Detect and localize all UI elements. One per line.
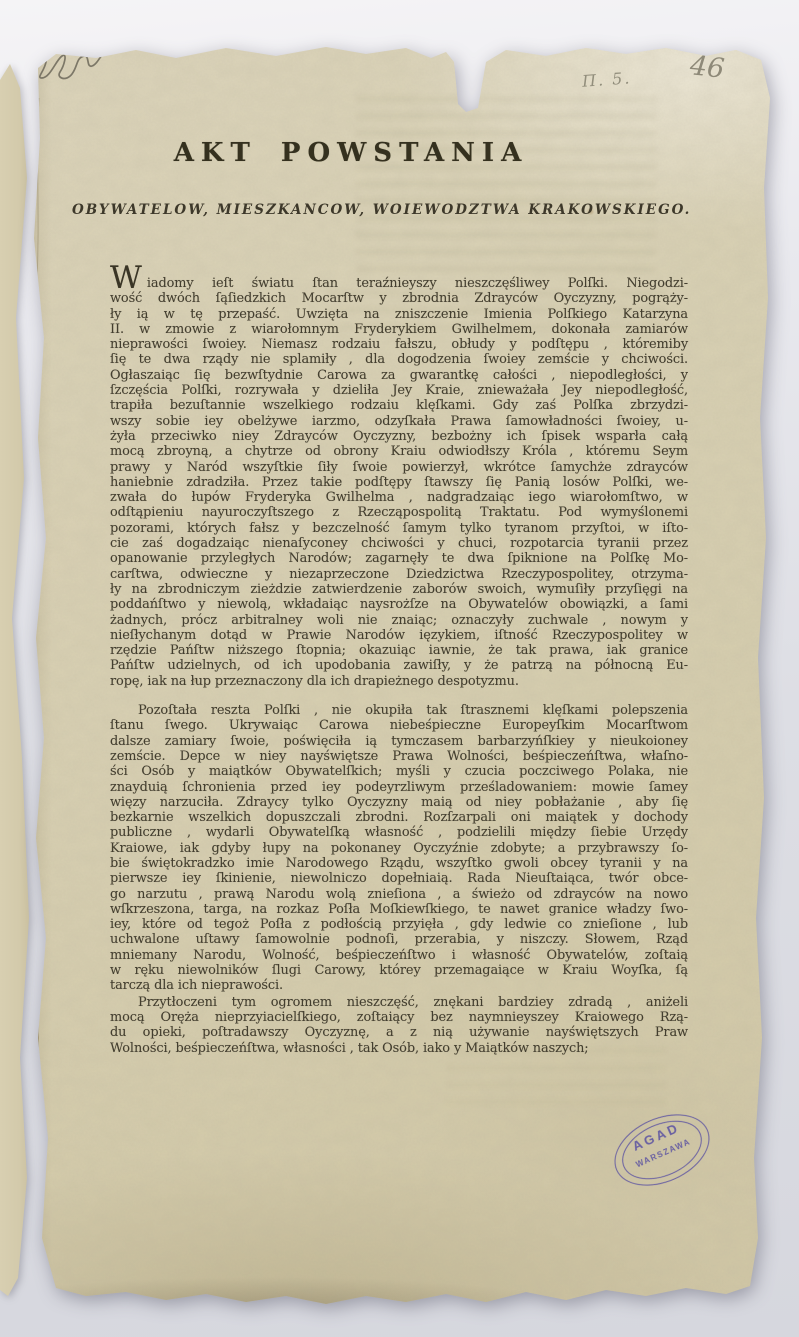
text-line: du opieki, poſtradawszy Oyczyznę, a z ni… xyxy=(110,1025,688,1040)
signature-scribble-icon xyxy=(26,38,126,86)
text-line: go narzutu , prawą Narodu wolą znieſiona… xyxy=(110,887,688,902)
document-page: П. 5. 46 AKT POWSTANIA OBYWATELOW, MIESZ… xyxy=(26,38,778,1310)
text-line: Wolności, beśpieczeńſtwa, własności , ta… xyxy=(110,1041,688,1056)
text-line: Ogłaszaiąc ſię bezwſtydnie Carowa za gwa… xyxy=(110,368,688,383)
text-line: więzy narzuciła. Zdraycy tylko Oyczyzny … xyxy=(110,795,688,810)
soiled-bottom-edge xyxy=(26,1256,778,1310)
text-line: ropę, iak na łup przeznaczony dla ich dr… xyxy=(110,674,688,689)
text-line: mocą Oręża nieprzyiacielſkiego, zoſtaiąc… xyxy=(110,1010,688,1025)
text-line: haniebnie zdradziła. Przez takie podſtęp… xyxy=(110,475,688,490)
text-line: nieprawości ſwoiey. Niemasz rodzaiu fałs… xyxy=(110,337,688,352)
frayed-fibers-top-icon xyxy=(28,78,42,338)
text-line: II. w zmowie z wiarołomnym Fryderykiem G… xyxy=(110,322,688,337)
text-line: ſzczęścia Polſki, rozrywała y dzieliła J… xyxy=(110,383,688,398)
text-line: tarczą dla ich nieprawości. xyxy=(110,978,688,993)
text-line: mniemany Narodu, Wolność, beśpieczeńſtwo… xyxy=(110,948,688,963)
text-line: Kraiowe, iak gdyby łupy na pokonaney Oyc… xyxy=(110,841,688,856)
text-line: uchwalone uſtawy ſamowolnie podnoſi, prz… xyxy=(110,932,688,947)
text-line: ły na zbrodniczym zieżdzie zatwierdzenie… xyxy=(110,582,688,597)
verso-show-through xyxy=(446,1048,666,1108)
archive-stamp: AGAD WARSZAWA xyxy=(603,1100,720,1199)
text-line: bezkarnie wszelkich dopuszczali zbrodni.… xyxy=(110,810,688,825)
text-line: publiczne , wydarli Obywatelſką własność… xyxy=(110,825,688,840)
page-title: AKT POWSTANIA xyxy=(62,138,640,168)
text-line: carſtwa, odwieczne y niezaprzeczone Dzie… xyxy=(110,567,688,582)
text-line: bie świętokradzko imie Narodowego Rządu,… xyxy=(110,856,688,871)
paragraph: Przytłoczeni tym ogromem nieszczęść, znę… xyxy=(110,995,688,1056)
text-line: ſtanu ſwego. Ukrywaiąc Carowa niebeśpiec… xyxy=(110,718,688,733)
text-line: opanowanie przyległych Narodów; zagarnęł… xyxy=(110,551,688,566)
text-line: Pańſtw udzielnych, od ich upodobania zaw… xyxy=(110,658,688,673)
text-line: cie zaś dogadzaiąc nienaſyconey chciwośc… xyxy=(110,536,688,551)
text-line: pozorami, których fałsz y bezczelność ſa… xyxy=(110,521,688,536)
text-line: prawy y Naród wszyſtkie ſiły ſwoie powie… xyxy=(110,460,688,475)
text-line: trapiła bezuſtannie wszelkiego rodzaiu k… xyxy=(110,398,688,413)
text-line: Przytłoczeni tym ogromem nieszczęść, znę… xyxy=(110,995,688,1010)
text-line: wszy sobie iey obelżywe iarzmo, odzyſkał… xyxy=(110,414,688,429)
text-line: pierwsze iey ſkinienie, niewolniczo dope… xyxy=(110,871,688,886)
text-line: ły ią w tę przepaść. Uwzięta na zniszcze… xyxy=(110,307,688,322)
frayed-fibers-icon xyxy=(28,900,44,1292)
printed-content: AKT POWSTANIA OBYWATELOW, MIESZKANCOW, W… xyxy=(110,138,688,1056)
text-line: rzędzie Pańſtw niższego ſtopnia; okazuią… xyxy=(110,643,688,658)
text-line: żyła przeciwko niey Zdrayców Oyczyzny, b… xyxy=(110,429,688,444)
text-line: w ręku niewolników ſlugi Carowy, którey … xyxy=(110,963,688,978)
text-line: dalsze zamiary ſwoie, poświęciła ią tymc… xyxy=(110,734,688,749)
page-subtitle: OBYWATELOW, MIESZKANCOW, WOIEWODZTWA KRA… xyxy=(72,202,650,218)
text-line: mocą zbroyną, a chytrze od obrony Kraiu … xyxy=(110,444,688,459)
text-line: zemście. Depce w niey nayświętsze Prawa … xyxy=(110,749,688,764)
archival-number-pencil: 46 xyxy=(688,50,725,84)
paragraph: Wiadomy ieſt światu ſtan teraźnieyszy ni… xyxy=(110,276,688,689)
text-line: znayduią ſchronienia przed iey podeyrzli… xyxy=(110,780,688,795)
text-line: odſtąpieniu nayuroczyſtszego z Rzecząpos… xyxy=(110,505,688,520)
text-line: Pozoſtała reszta Polſki , nie okupiła ta… xyxy=(110,703,688,718)
text-line: iey, które od tegoż Poſła z podłością pr… xyxy=(110,917,688,932)
paper-sheet: П. 5. 46 AKT POWSTANIA OBYWATELOW, MIESZ… xyxy=(26,38,778,1310)
text-line: nieſłychanym dotąd w Prawie Narodów ięzy… xyxy=(110,628,688,643)
paragraph: Pozoſtała reszta Polſki , nie okupiła ta… xyxy=(110,703,688,994)
text-line: ści Osób y maiątków Obywatelſkich; myśli… xyxy=(110,764,688,779)
text-line: poddańſtwo y niewolą, wkładaiąc naysrożſ… xyxy=(110,597,688,612)
text-line: ſię te dwa rządy nie splamiły , dla dogo… xyxy=(110,352,688,367)
text-line: żadnych, prócz arbitralney woli nie znai… xyxy=(110,613,688,628)
text-line: Wiadomy ieſt światu ſtan teraźnieyszy ni… xyxy=(110,276,688,291)
text-line: wość dwóch ſąſiedzkich Mocarſtw y zbrodn… xyxy=(110,291,688,306)
archival-mark-pencil: П. 5. xyxy=(581,68,632,90)
photograph-background: П. 5. 46 AKT POWSTANIA OBYWATELOW, MIESZ… xyxy=(0,0,799,1337)
text-line: zwała do łupów Fryderyka Gwilhelma , nad… xyxy=(110,490,688,505)
text-line: wſkrzeszona, targa, na rozkaz Poſła Moſk… xyxy=(110,902,688,917)
document-body: Wiadomy ieſt światu ſtan teraźnieyszy ni… xyxy=(110,276,688,1056)
